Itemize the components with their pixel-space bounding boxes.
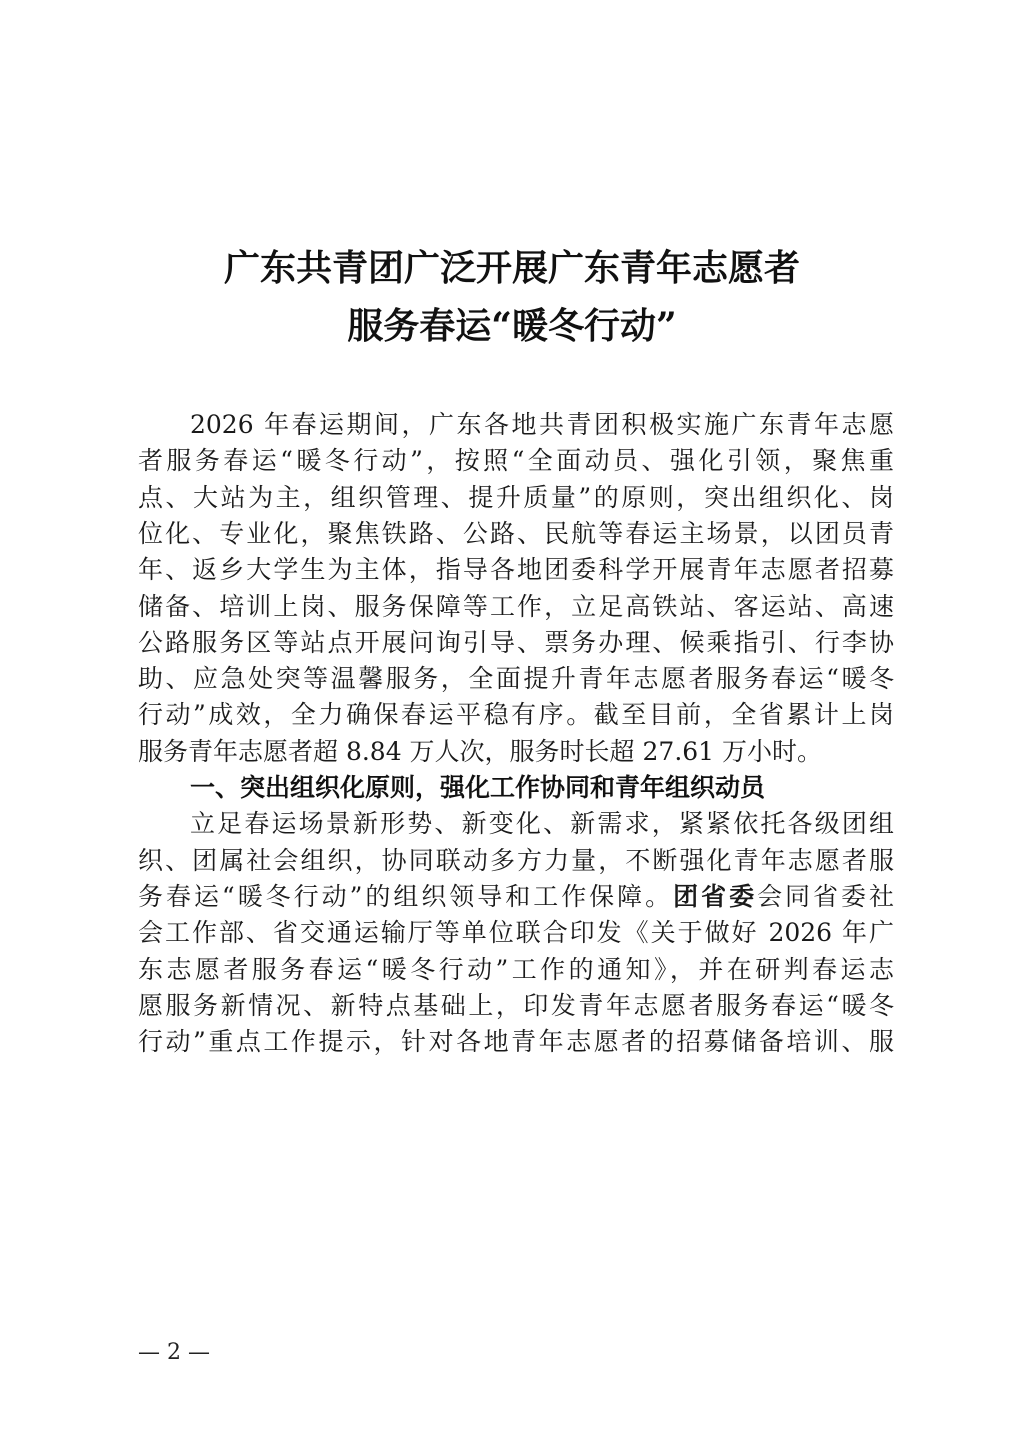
bold-org-name: 团省委 [673, 882, 757, 911]
paragraph-1-line: 助、应急处突等温馨服务，全面提升青年志愿者服务春运“暖冬 [138, 661, 894, 697]
paragraph-1-line: 2026 年春运期间，广东各地共青团积极实施广东青年志愿 [138, 407, 894, 443]
paragraph-2-line: 愿服务新情况、新特点基础上，印发青年志愿者服务春运“暖冬 [138, 988, 894, 1024]
paragraph-1-line: 公路服务区等站点开展问询引导、票务办理、候乘指引、行李协 [138, 625, 894, 661]
paragraph-1-line: 者服务春运“暖冬行动”，按照“全面动员、强化引领，聚焦重 [138, 443, 894, 479]
paragraph-2-line: 立足春运场景新形势、新变化、新需求，紧紧依托各级团组 [138, 806, 894, 842]
paragraph-2-line: 行动”重点工作提示，针对各地青年志愿者的招募储备培训、服 [138, 1024, 894, 1060]
paragraph-2-text: 会同省委社 [757, 882, 894, 911]
paragraph-2-text: 务春运“暖冬行动”的组织领导和工作保障。 [138, 882, 673, 911]
document-title-line-2: 服务春运“暖冬行动” [0, 298, 1024, 349]
paragraph-1-line: 点、大站为主，组织管理、提升质量”的原则，突出组织化、岗 [138, 480, 894, 516]
section-heading: 一、突出组织化原则，强化工作协同和青年组织动员 [138, 770, 894, 806]
paragraph-1-line: 年、返乡大学生为主体，指导各地团委科学开展青年志愿者招募 [138, 552, 894, 588]
paragraph-1-line: 行动”成效，全力确保春运平稳有序。截至目前，全省累计上岗 [138, 697, 894, 733]
document-title-line-1: 广东共青团广泛开展广东青年志愿者 [0, 240, 1024, 291]
paragraph-1-line: 位化、专业化，聚焦铁路、公路、民航等春运主场景，以团员青 [138, 516, 894, 552]
paragraph-2-line: 务春运“暖冬行动”的组织领导和工作保障。团省委会同省委社 [138, 879, 894, 915]
paragraph-2-line: 会工作部、省交通运输厅等单位联合印发《关于做好 2026 年广 [138, 915, 894, 951]
document-page: 广东共青团广泛开展广东青年志愿者 服务春运“暖冬行动” 2026 年春运期间，广… [0, 0, 1024, 1448]
paragraph-1-line: 服务青年志愿者超 8.84 万人次，服务时长超 27.61 万小时。 [138, 734, 894, 770]
paragraph-1-line: 储备、培训上岗、服务保障等工作，立足高铁站、客运站、高速 [138, 589, 894, 625]
paragraph-2-line: 东志愿者服务春运“暖冬行动”工作的通知》，并在研判春运志 [138, 952, 894, 988]
paragraph-2-line: 织、团属社会组织，协同联动多方力量，不断强化青年志愿者服 [138, 843, 894, 879]
page-number: — 2 — [138, 1340, 210, 1365]
